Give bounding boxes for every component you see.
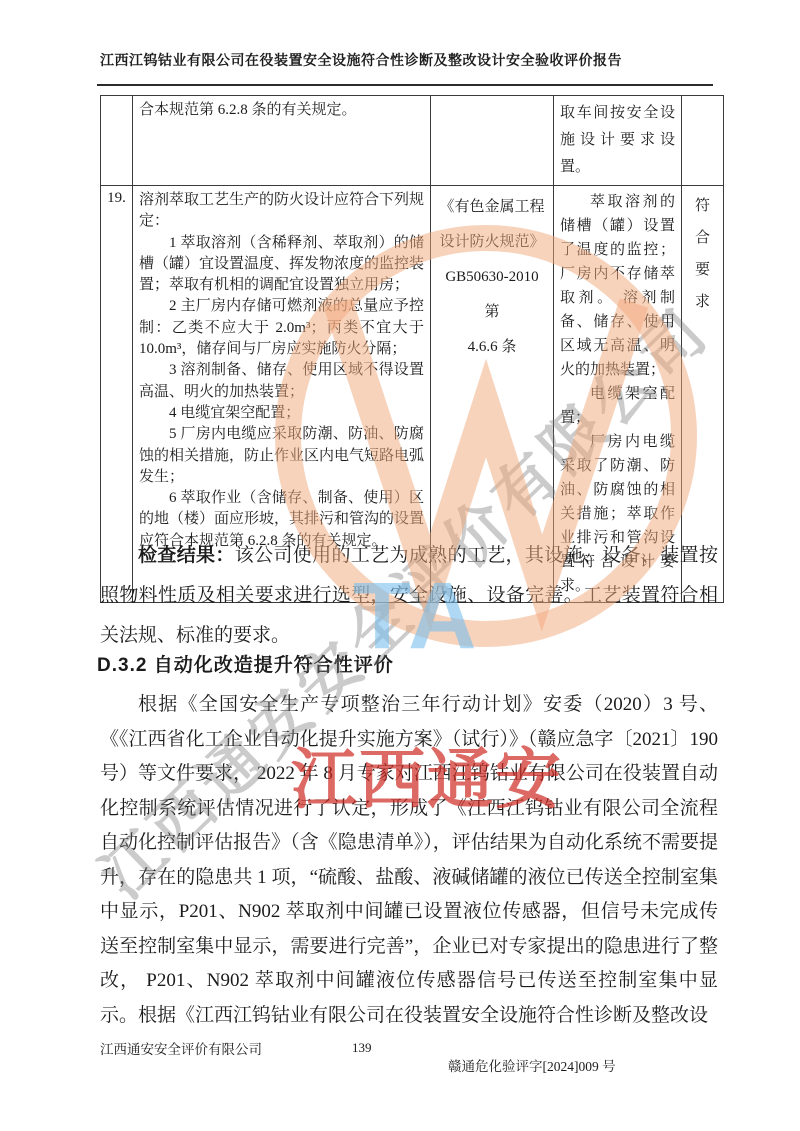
footer-company: 江西通安安全评价有限公司 (100, 1038, 262, 1058)
requirement-intro: 溶剂萃取工艺生产的防火设计应符合下列规定： (139, 190, 424, 233)
basis-line: 设计防火规范》 (437, 225, 547, 260)
row-index-cell (101, 96, 133, 186)
header-divider (97, 84, 713, 86)
header-title: 江西江钨钴业有限公司在役装置安全设施符合性诊断及整改设计安全验收评价报告 (100, 50, 720, 70)
report-page: 江西江钨钴业有限公司在役装置安全设施符合性诊断及整改设计安全验收评价报告 合本规… (0, 0, 800, 1131)
evaluation-text: 取车间按安全设施设计要求设置。 (560, 100, 675, 181)
requirement-item-1: 1 萃取溶剂（含稀释剂、萃取剂）的储槽（罐）宜设置温度、挥发物浓度的监控装置；萃… (139, 233, 424, 297)
basis-line: GB50630-2010 第 (437, 260, 547, 330)
requirement-item-5: 5 厂房内电缆应采取防潮、防油、防腐蚀的相关措施，防止作业区内电气短路电弧发生； (139, 424, 424, 488)
requirement-item-3: 3 溶剂制备、储存、使用区域不得设置高温、明火的加热装置； (139, 360, 424, 403)
basis-line: 《有色金属工程 (437, 190, 547, 225)
requirement-item-4: 4 电缆宜架空配置； (139, 403, 424, 424)
compliance-table: 合本规范第 6.2.8 条的有关规定。 取车间按安全设施设计要求设置。 19. … (100, 95, 724, 603)
footer-page-number: 139 (352, 1040, 372, 1056)
conclusion-text: 符合要求 (688, 190, 717, 318)
requirement-item-2: 2 主厂房内存储可燃剂液的总量应予控制：乙类不应大于 2.0m³；丙类不宜大于 … (139, 296, 424, 360)
basis-cell (431, 96, 554, 186)
conclusion-cell (682, 96, 724, 186)
requirement-text: 合本规范第 6.2.8 条的有关规定。 (139, 100, 424, 121)
paragraph-continuation: 根据《江西江钨钴业有限公司在役装置安全设施符合性诊断及整改设 (100, 999, 718, 1033)
inspection-result-label: 检查结果： (138, 545, 235, 566)
evaluation-para-1: 萃取溶剂的储槽（罐）设置了温度的监控；厂房内不存储萃取剂。 溶剂制备、储存、使用… (560, 190, 675, 382)
table-row-carryover: 合本规范第 6.2.8 条的有关规定。 取车间按安全设施设计要求设置。 (101, 96, 724, 186)
inspection-result-paragraph: 检查结果：该公司使用的工艺为成熟的工艺，其设施、设备、装置按照物料性质及相关要求… (100, 536, 718, 656)
section-heading: D.3.2 自动化改造提升符合性评价 (97, 650, 394, 677)
paragraph-automation-review: 根据《全国安全生产专项整治三年行动计划》安委（2020）3 号、《《江西省化工企… (100, 688, 718, 1033)
evaluation-cell: 取车间按安全设施设计要求设置。 (554, 96, 682, 186)
requirement-cell: 合本规范第 6.2.8 条的有关规定。 (133, 96, 431, 186)
basis-line: 4.6.6 条 (437, 330, 547, 365)
evaluation-para-2: 电缆架空配置； (560, 382, 675, 430)
footer-document-number: 赣通危化验评字[2024]009 号 (448, 1055, 616, 1075)
